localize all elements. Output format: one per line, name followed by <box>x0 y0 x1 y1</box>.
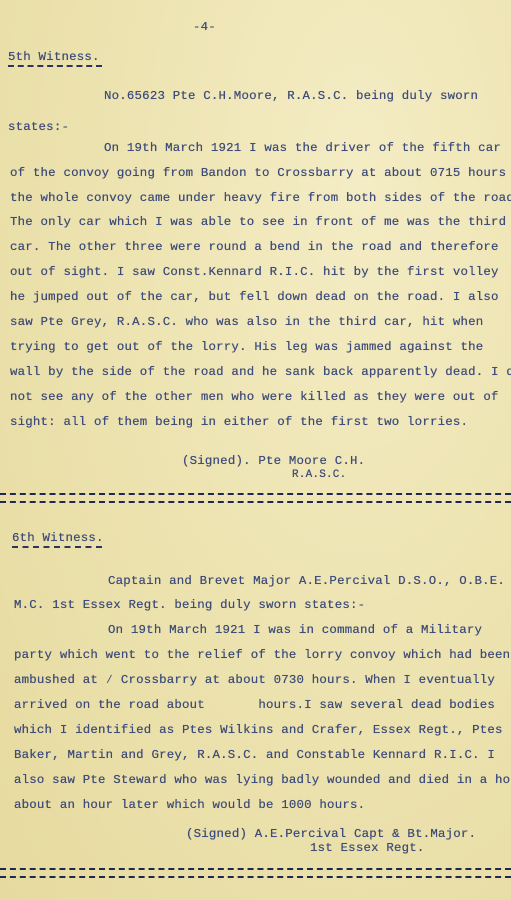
typewritten-document: -4- 5th Witness. No.65623 Pte C.H.Moore,… <box>0 0 511 900</box>
witness5-paragraph-line: saw Pte Grey, R.A.S.C. who was also in t… <box>10 315 483 329</box>
witness6-paragraph-line: arrived on the road about hours.I saw se… <box>14 698 495 712</box>
witness5-paragraph-line: On 19th March 1921 I was the driver of t… <box>104 141 501 155</box>
witness5-intro: states:- <box>8 120 69 134</box>
witness6-paragraph-line: Baker, Martin and Grey, R.A.S.C. and Con… <box>14 748 495 762</box>
witness5-paragraph-line: wall by the side of the road and he sank… <box>10 365 511 379</box>
witness6-paragraph-line: about an hour later which would be 1000 … <box>14 798 365 812</box>
witness5-paragraph-line: the whole convoy came under heavy fire f… <box>10 191 511 205</box>
witness5-heading: 5th Witness. <box>8 50 100 64</box>
witness6-signature: (Signed) A.E.Percival Capt & Bt.Major. <box>186 827 476 841</box>
heading-underline <box>8 65 102 70</box>
witness5-paragraph-line: he jumped out of the car, but fell down … <box>10 290 499 304</box>
page-number: -4- <box>193 20 216 34</box>
witness6-paragraph-line: also saw Pte Steward who was lying badly… <box>14 773 511 787</box>
witness6-intro: Captain and Brevet Major A.E.Percival D.… <box>108 574 505 588</box>
witness5-signature: (Signed). Pte Moore C.H. <box>182 454 365 468</box>
witness5-paragraph-line: trying to get out of the lorry. His leg … <box>10 340 483 354</box>
witness5-paragraph-line: out of sight. I saw Const.Kennard R.I.C.… <box>10 265 499 279</box>
section-divider <box>0 868 511 878</box>
witness5-paragraph-line: not see any of the other men who were ki… <box>10 390 499 404</box>
witness6-paragraph-line: which I identified as Ptes Wilkins and C… <box>14 723 503 737</box>
witness5-signature-unit: R.A.S.C. <box>292 468 346 482</box>
witness5-intro: No.65623 Pte C.H.Moore, R.A.S.C. being d… <box>104 89 478 103</box>
witness6-paragraph-line: On 19th March 1921 I was in command of a… <box>108 623 482 637</box>
heading-underline <box>12 546 102 551</box>
witness5-paragraph-line: car. The other three were round a bend i… <box>10 240 499 254</box>
witness6-paragraph-line: party which went to the relief of the lo… <box>14 648 510 662</box>
witness6-paragraph-line: ambushed at ∕ Crossbarry at about 0730 h… <box>14 673 495 687</box>
witness6-signature-unit: 1st Essex Regt. <box>310 841 425 855</box>
witness5-paragraph-line: sight: all of them being in either of th… <box>10 415 468 429</box>
witness5-paragraph-line: The only car which I was able to see in … <box>10 215 506 229</box>
witness5-paragraph-line: of the convoy going from Bandon to Cross… <box>10 166 506 180</box>
section-divider <box>0 493 511 503</box>
witness6-heading: 6th Witness. <box>12 531 104 545</box>
witness6-intro: M.C. 1st Essex Regt. being duly sworn st… <box>14 598 365 612</box>
